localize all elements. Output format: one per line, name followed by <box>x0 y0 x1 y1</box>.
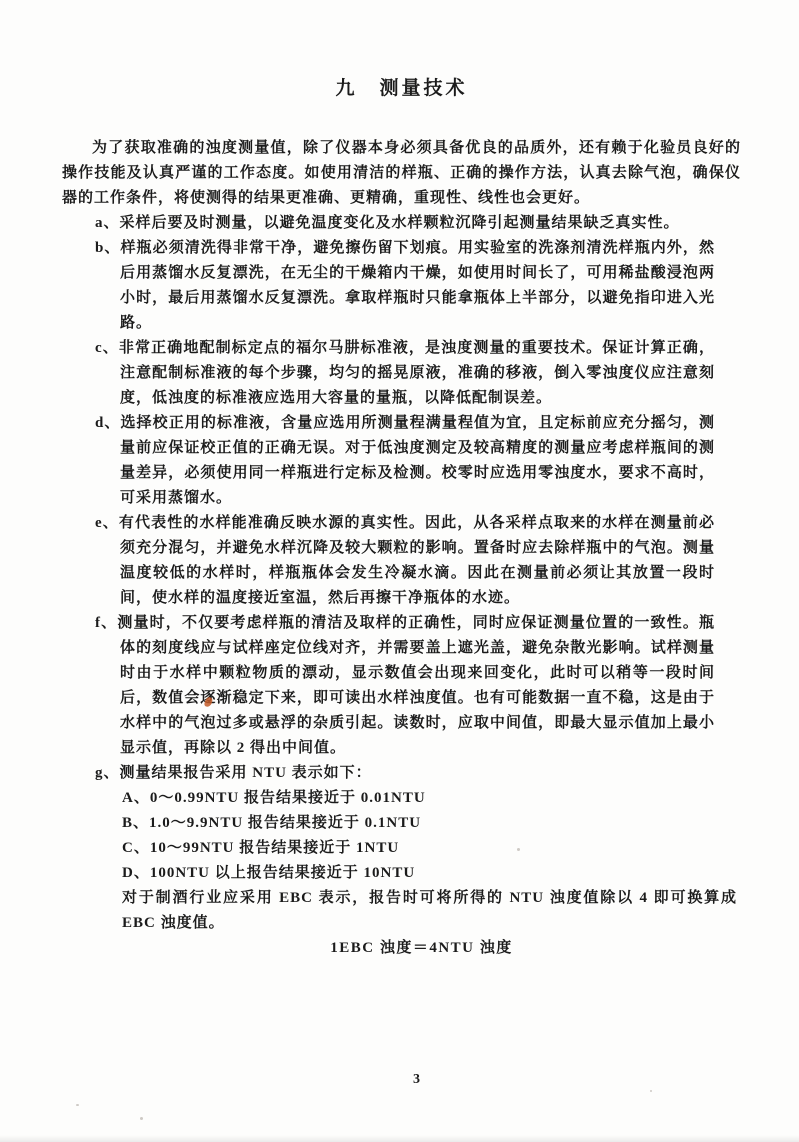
list-item-c: c、非常正确地配制标定点的福尔马肼标准液，是浊度测量的重要技术。保证计算正确，注… <box>62 336 715 411</box>
item-b-text: 样瓶必须清洗得非常干净，避免擦伤留下划痕。用实验室的洗涤剂清洗样瓶内外，然后用蒸… <box>120 240 715 331</box>
page-number: 3 <box>17 1070 799 1090</box>
list-item-g: g、测量结果报告采用 NTU 表示如下： <box>62 761 715 786</box>
sub-item-B: B、1.0～9.9NTU 报告结果接近于 0.1NTU <box>62 811 741 836</box>
sub-item-D: D、100NTU 以上报告结果接近于 10NTU <box>62 861 741 886</box>
list-item-d: d、选择校正用的标准液，含量应选用所测量程满量程值为宜，且定标前应充分摇匀，测量… <box>62 411 715 511</box>
item-d-label: d、 <box>95 415 120 431</box>
item-f-text: 测量时，不仅要考虑样瓶的清洁及取样的正确性，同时应保证测量位置的一致性。瓶体的刻… <box>117 615 715 756</box>
sub-item-A: A、0～0.99NTU 报告结果接近于 0.01NTU <box>62 786 741 811</box>
list-item-e: e、有代表性的水样能准确反映水源的真实性。因此，从各采样点取来的水样在测量前必须… <box>62 511 715 611</box>
sub-item-C: C、10～99NTU 报告结果接近于 1NTU <box>62 836 741 861</box>
sub-item-B-label: B、 <box>122 815 149 831</box>
closing-paragraph: 对于制酒行业应采用 EBC 表示，报告时可将所得的 NTU 浊度值除以 4 即可… <box>62 886 737 936</box>
sub-item-C-label: C、 <box>122 840 150 856</box>
item-a-text: 采样后要及时测量，以避免温度变化及水样颗粒沉降引起测量结果缺乏真实性。 <box>120 215 680 231</box>
item-e-label: e、 <box>95 515 119 531</box>
item-b-label: b、 <box>95 240 120 256</box>
scan-speck <box>517 848 520 851</box>
conversion-formula: 1EBC 浊度＝4NTU 浊度 <box>82 936 761 961</box>
scan-speck <box>650 1090 652 1092</box>
sub-item-A-text: 0～0.99NTU 报告结果接近于 0.01NTU <box>150 790 426 806</box>
item-g-text: 测量结果报告采用 NTU 表示如下： <box>120 765 372 781</box>
item-c-label: c、 <box>95 340 119 356</box>
sub-item-A-label: A、 <box>122 790 150 806</box>
sub-item-D-text: 100NTU 以上报告结果接近于 10NTU <box>150 865 415 881</box>
document-content: 九 测量技术 为了获取准确的浊度测量值，除了仪器本身必须具备优良的品质外，还有赖… <box>0 0 799 961</box>
sub-item-B-text: 1.0～9.9NTU 报告结果接近于 0.1NTU <box>149 815 421 831</box>
list-item-a: a、采样后要及时测量，以避免温度变化及水样颗粒沉降引起测量结果缺乏真实性。 <box>62 211 715 236</box>
item-f-label: f、 <box>95 615 117 631</box>
scan-speck <box>140 1117 143 1120</box>
intro-paragraph: 为了获取准确的浊度测量值，除了仪器本身必须具备优良的品质外，还有赖于化验员良好的… <box>62 136 741 211</box>
item-d-text: 选择校正用的标准液，含量应选用所测量程满量程值为宜，且定标前应充分摇匀，测量前应… <box>120 415 715 506</box>
item-a-label: a、 <box>95 215 120 231</box>
item-c-text: 非常正确地配制标定点的福尔马肼标准液，是浊度测量的重要技术。保证计算正确，注意配… <box>119 340 715 406</box>
scan-speck <box>76 1104 79 1106</box>
scanned-document-page: 九 测量技术 为了获取准确的浊度测量值，除了仪器本身必须具备优良的品质外，还有赖… <box>0 0 799 1142</box>
sub-item-D-label: D、 <box>122 865 150 881</box>
list-item-b: b、样瓶必须清洗得非常干净，避免擦伤留下划痕。用实验室的洗涤剂清洗样瓶内外，然后… <box>62 236 715 336</box>
list-item-f: f、测量时，不仅要考虑样瓶的清洁及取样的正确性，同时应保证测量位置的一致性。瓶体… <box>62 611 715 761</box>
sub-item-C-text: 10～99NTU 报告结果接近于 1NTU <box>150 840 399 856</box>
item-g-label: g、 <box>95 765 120 781</box>
page-title: 九 测量技术 <box>62 76 741 102</box>
item-e-text: 有代表性的水样能准确反映水源的真实性。因此，从各采样点取来的水样在测量前必须充分… <box>119 515 715 606</box>
